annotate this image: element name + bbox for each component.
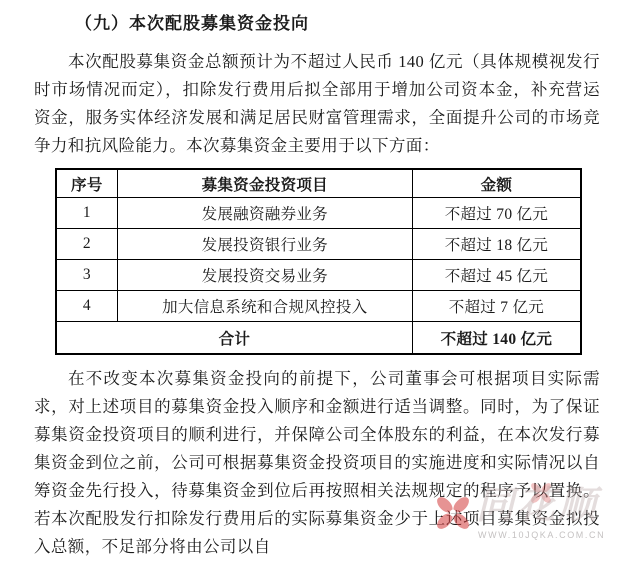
row-project-cell: 发展投资银行业务 [117,229,412,260]
header-no: 序号 [56,169,117,198]
row-no-cell: 3 [56,260,117,291]
document-content: （九）本次配股募集资金投向 本次配股募集资金总额预计为不超过人民币 140 亿元… [0,0,630,561]
row-project-cell: 发展融资融券业务 [117,198,412,229]
intro-paragraph: 本次配股募集资金总额预计为不超过人民币 140 亿元（具体规模视发行时市场情况而… [34,48,600,160]
row-no-cell: 1 [56,198,117,229]
table-total-row: 合计 不超过 140 亿元 [56,322,581,355]
header-amount: 金额 [412,169,581,198]
row-amount-cell: 不超过 70 亿元 [412,198,581,229]
fund-allocation-table: 序号 募集资金投资项目 金额 1 发展融资融券业务 不超过 70 亿元 2 发展… [55,168,582,355]
total-amount-cell: 不超过 140 亿元 [412,322,581,355]
table-row: 4 加大信息系统和合规风控投入 不超过 7 亿元 [56,291,581,322]
total-label-cell: 合计 [56,322,412,355]
row-no-cell: 4 [56,291,117,322]
table-row: 1 发展融资融券业务 不超过 70 亿元 [56,198,581,229]
detail-paragraph: 在不改变本次募集资金投向的前提下，公司董事会可根据项目实际需求，对上述项目的募集… [34,365,600,561]
row-project-cell: 加大信息系统和合规风控投入 [117,291,412,322]
row-project-cell: 发展投资交易业务 [117,260,412,291]
table-row: 2 发展投资银行业务 不超过 18 亿元 [56,229,581,260]
row-no-cell: 2 [56,229,117,260]
row-amount-cell: 不超过 45 亿元 [412,260,581,291]
document-page: （九）本次配股募集资金投向 本次配股募集资金总额预计为不超过人民币 140 亿元… [0,0,630,564]
table-row: 3 发展投资交易业务 不超过 45 亿元 [56,260,581,291]
header-project: 募集资金投资项目 [117,169,412,198]
table-header-row: 序号 募集资金投资项目 金额 [56,169,581,198]
row-amount-cell: 不超过 18 亿元 [412,229,581,260]
row-amount-cell: 不超过 7 亿元 [412,291,581,322]
section-heading: （九）本次配股募集资金投向 [34,12,600,36]
